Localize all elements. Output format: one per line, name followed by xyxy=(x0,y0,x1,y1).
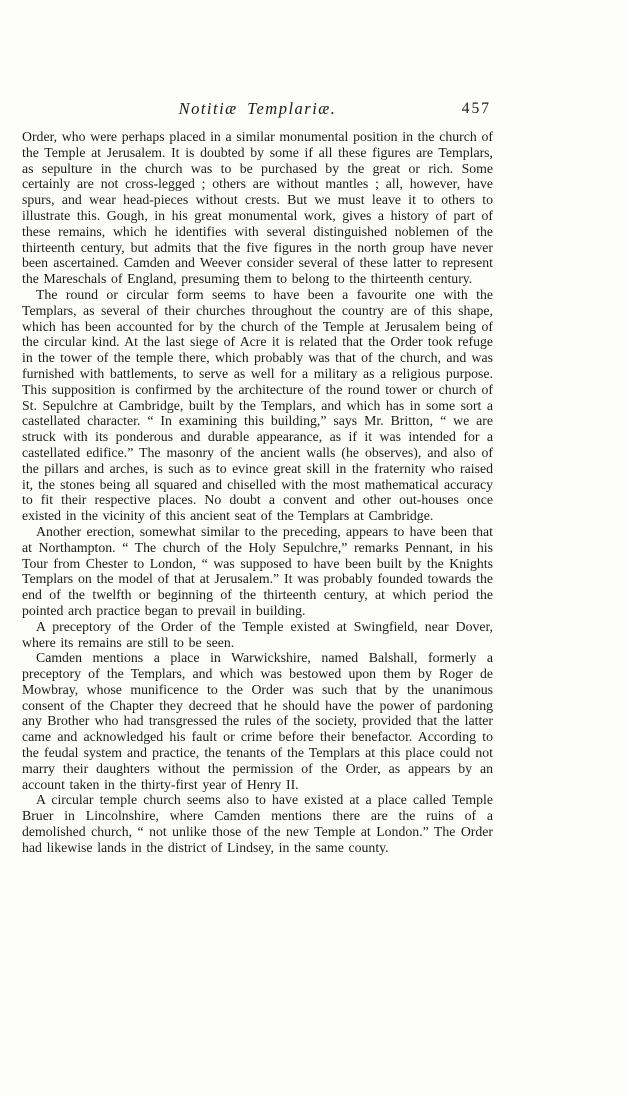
page-number: 457 xyxy=(462,100,491,118)
page-body: Order, who were perhaps placed in a simi… xyxy=(22,129,493,856)
scanned-book-page: Notitiæ Templariæ. 457 Order, who were p… xyxy=(0,0,627,1096)
page-header: Notitiæ Templariæ. 457 xyxy=(22,99,493,121)
paragraph: Camden mentions a place in Warwickshire,… xyxy=(22,650,493,792)
running-title: Notitiæ Templariæ. xyxy=(22,99,493,119)
paragraph: Another erection, somewhat similar to th… xyxy=(22,524,493,619)
paragraph: A preceptory of the Order of the Temple … xyxy=(22,619,493,651)
text-column: Notitiæ Templariæ. 457 Order, who were p… xyxy=(22,99,493,856)
paragraph: Order, who were perhaps placed in a simi… xyxy=(22,129,493,287)
paragraph: A circular temple church seems also to h… xyxy=(22,792,493,855)
paragraph: The round or circular form seems to have… xyxy=(22,287,493,524)
